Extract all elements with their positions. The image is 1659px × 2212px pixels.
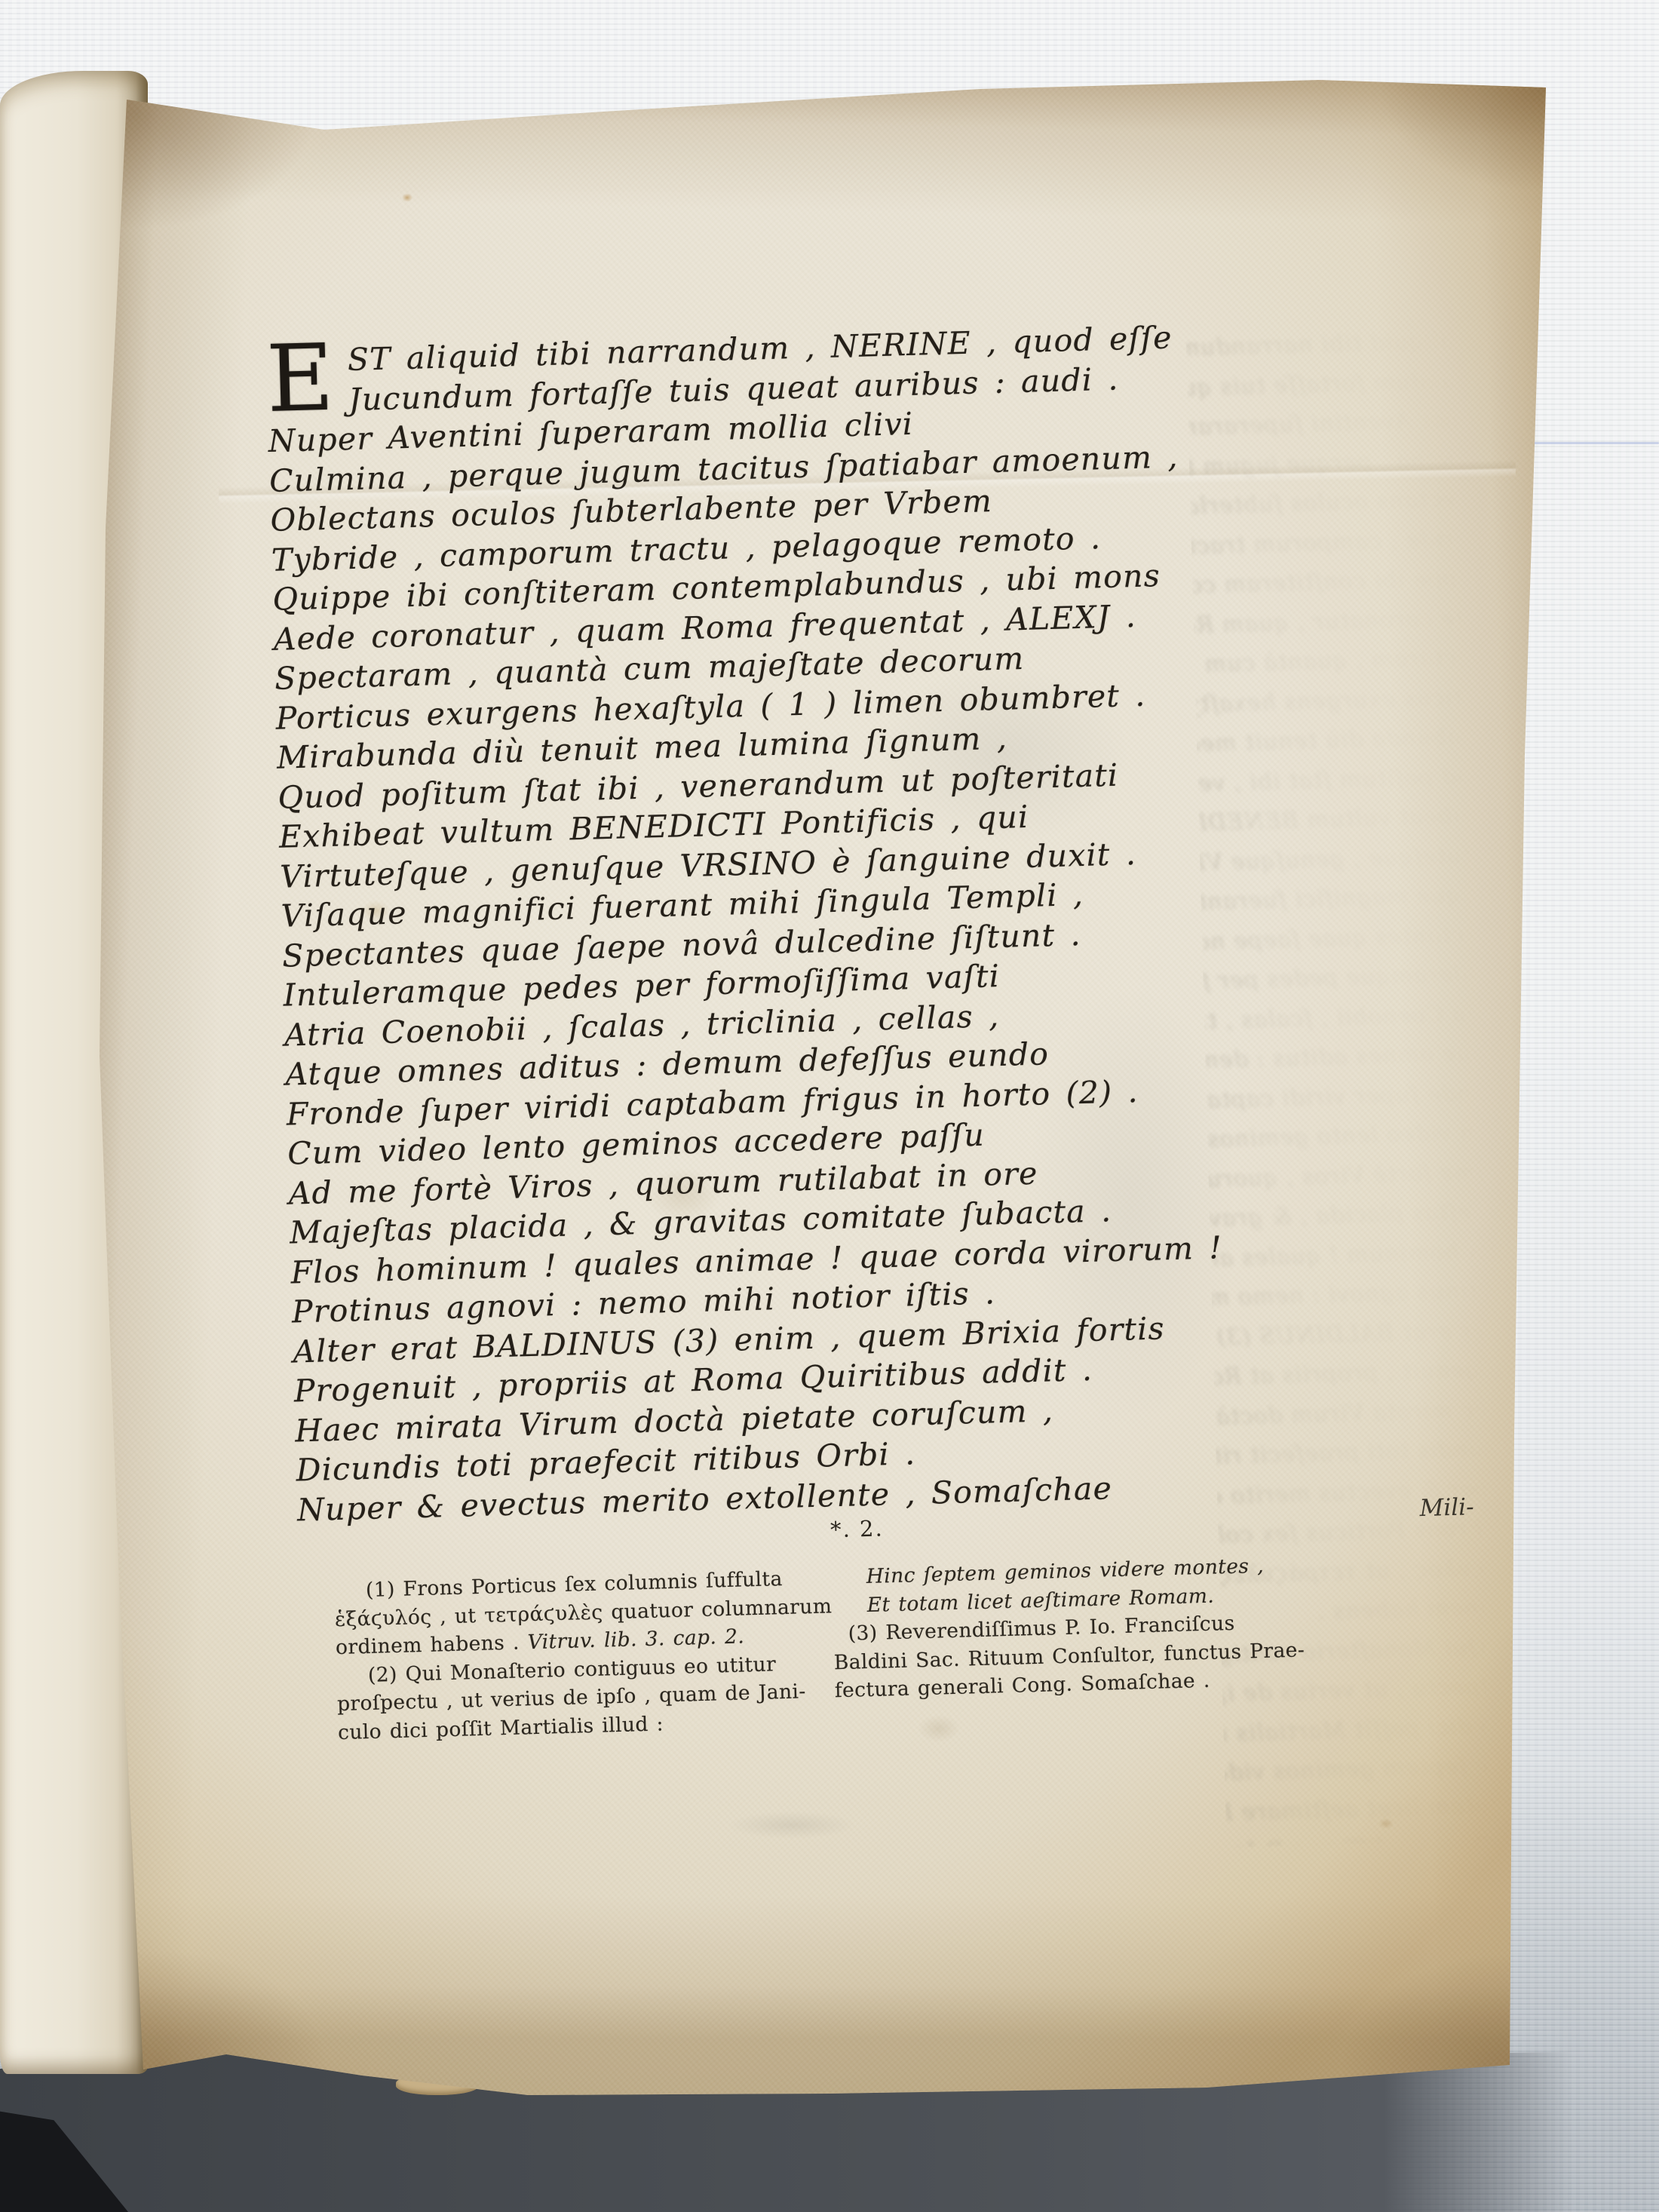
- footnote-citation: Vitruv. lib. 3. cap. 2.: [527, 1624, 744, 1654]
- latin-poem: E ST aliquid tibi narrandum , NERINE , q…: [265, 304, 1504, 1530]
- drop-cap-initial: E: [265, 340, 349, 418]
- footnote-text: ordinem habens .: [336, 1631, 528, 1659]
- book-page: ST aliquid tibi narrandum , NERINE , quo…: [0, 0, 1659, 2212]
- catchword: Mili-: [1419, 1493, 1474, 1522]
- footnote-column-right: Hinc ſeptem geminos videre montes , Et t…: [831, 1551, 1318, 1733]
- footnotes: (1) Frons Porticus ſex columnis ſuffulta…: [334, 1545, 1510, 1747]
- signature-mark: *. 2.: [830, 1515, 885, 1542]
- footnote-column-left: (1) Frons Porticus ſex columnis ſuffulta…: [334, 1564, 805, 1747]
- photo-of-book-page: { "colors": { "paper": "#e9e3d4", "paper…: [0, 0, 1659, 2212]
- printed-text-block: E ST aliquid tibi narrandum , NERINE , q…: [265, 304, 1510, 1748]
